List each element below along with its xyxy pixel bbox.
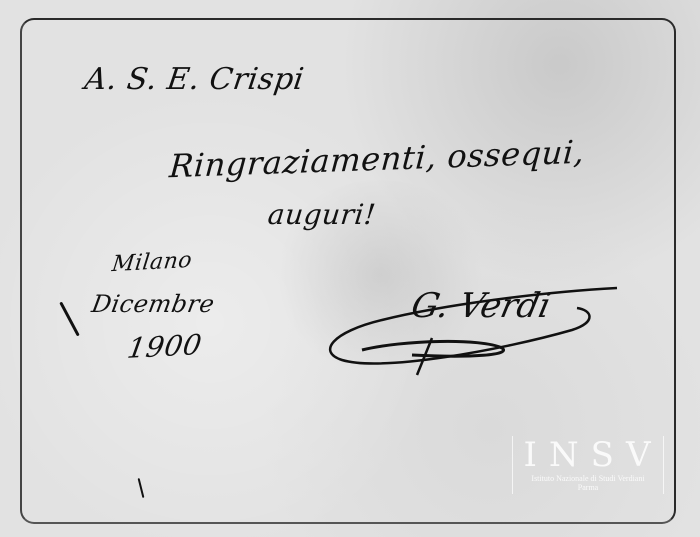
signature: G. Verdi xyxy=(322,280,622,380)
salutation: A. S. E. Crispi xyxy=(83,62,307,97)
watermark-subtitle-1: Istituto Nazionale di Studi Verdiani xyxy=(513,474,663,483)
body-line-2: auguri! xyxy=(266,198,377,231)
date-month: Dicembre xyxy=(90,290,217,318)
place: Milano xyxy=(111,248,194,277)
signature-text: G. Verdi xyxy=(408,286,555,326)
insv-watermark: INSV Istituto Nazionale di Studi Verdian… xyxy=(512,436,664,494)
watermark-title: INSV xyxy=(513,436,663,474)
watermark-subtitle-2: Parma xyxy=(513,483,663,492)
date-year: 1900 xyxy=(125,328,204,365)
